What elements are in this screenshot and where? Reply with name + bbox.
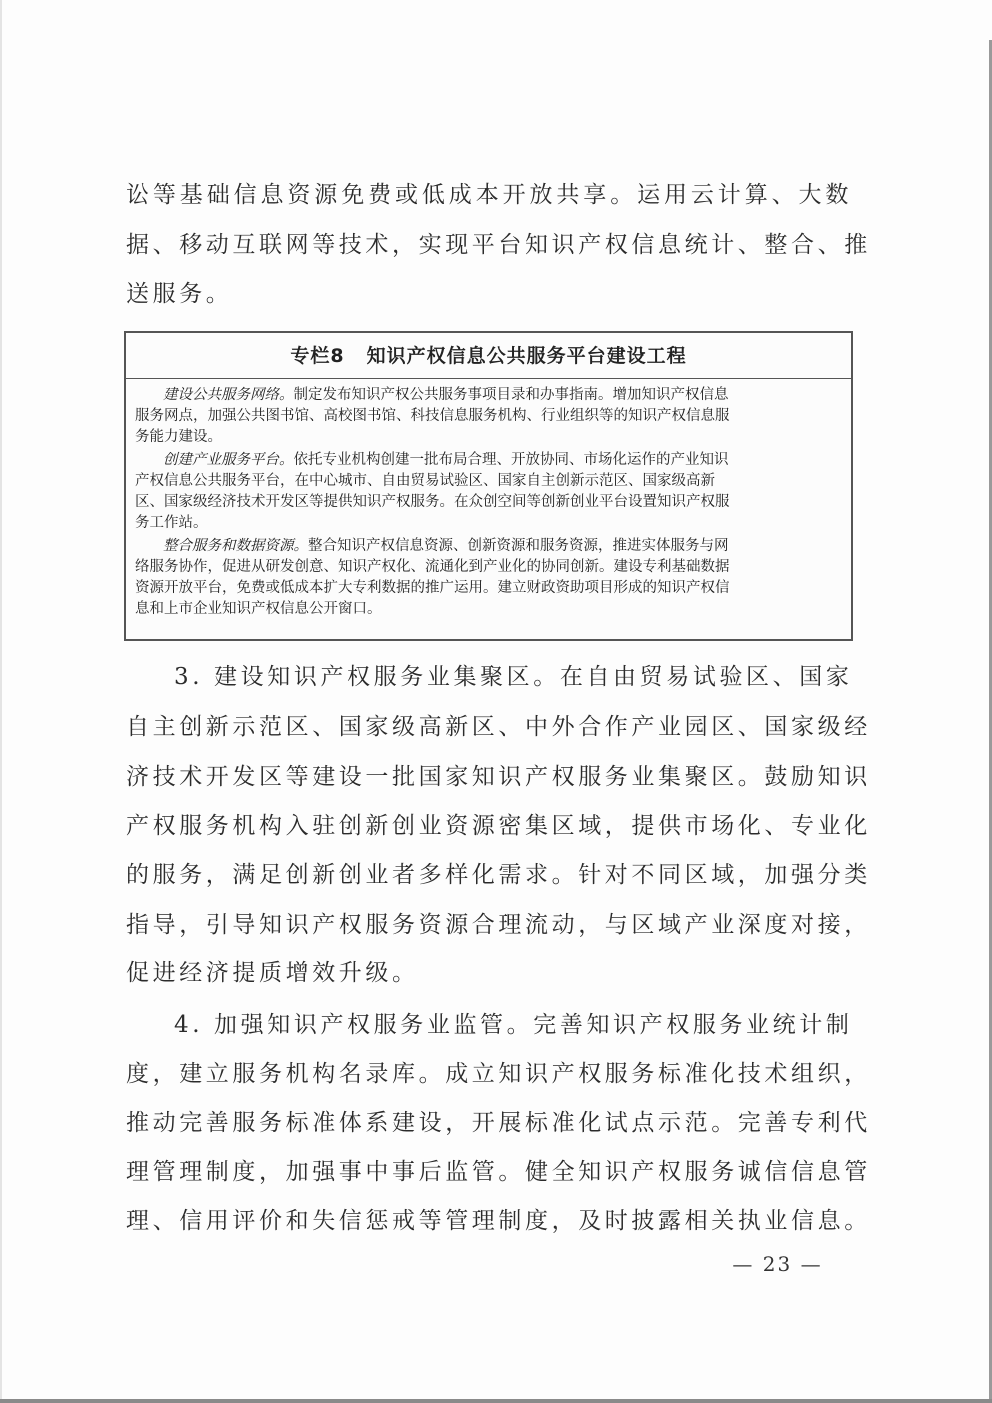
box-line: 服务网点，加强公共图书馆、高校图书馆、科技信息服务机构、行业组织等的知识产权信息… bbox=[135, 406, 845, 426]
column-box: 专栏8知识产权信息公共服务平台建设工程 建设公共服务网络。制定发布知识产权公共服… bbox=[124, 331, 853, 641]
box-line: 建设公共服务网络。制定发布知识产权公共服务事项目录和办事指南。增加知识产权信息 bbox=[135, 385, 845, 405]
text-line: 产权服务机构入驻创新创业资源密集区域，提供市场化、专业化 bbox=[126, 811, 852, 841]
item-lead: 整合服务和数据资源。 bbox=[163, 538, 308, 554]
text-line: 理管理制度，加强事中事后监管。健全知识产权服务诚信信息管 bbox=[126, 1157, 852, 1187]
box-line: 络服务协作，促进从研发创意、知识产权化、流通化到产业化的协同创新。建设专利基础数… bbox=[135, 557, 845, 577]
box-line: 务能力建设。 bbox=[135, 427, 845, 447]
item-lead: 建设公共服务网络。 bbox=[163, 387, 294, 403]
column-box-heading: 知识产权信息公共服务平台建设工程 bbox=[367, 345, 687, 367]
box-line: 区、国家级经济技术开发区等提供知识产权服务。在众创空间等创新创业平台设置知识产权… bbox=[135, 492, 845, 512]
text-line: 济技术开发区等建设一批国家知识产权服务业集聚区。鼓励知识 bbox=[126, 762, 852, 792]
text-line: 送服务。 bbox=[126, 279, 852, 309]
section-heading-line: 3. 建设知识产权服务业集聚区。在自由贸易试验区、国家 bbox=[174, 662, 852, 692]
text-line: 据、移动互联网等技术，实现平台知识产权信息统计、整合、推 bbox=[126, 230, 852, 260]
item-lead: 创建产业服务平台。 bbox=[163, 452, 294, 468]
box-line: 息和上市企业知识产权信息公开窗口。 bbox=[135, 599, 845, 619]
column-box-title: 专栏8知识产权信息公共服务平台建设工程 bbox=[126, 333, 851, 379]
text-line: 度，建立服务机构名录库。成立知识产权服务标准化技术组织， bbox=[126, 1059, 852, 1089]
text-line: 讼等基础信息资源免费或低成本开放共享。运用云计算、大数 bbox=[126, 180, 852, 210]
box-line: 创建产业服务平台。依托专业机构创建一批布局合理、开放协同、市场化运作的产业知识 bbox=[135, 450, 845, 470]
box-line: 资源开放平台，免费或低成本扩大专利数据的推广运用。建立财政资助项目形成的知识产权… bbox=[135, 578, 845, 598]
text-line: 理、信用评价和失信惩戒等管理制度，及时披露相关执业信息。 bbox=[126, 1206, 852, 1236]
box-line: 务工作站。 bbox=[135, 513, 845, 533]
text-line: 指导，引导知识产权服务资源合理流动，与区域产业深度对接， bbox=[126, 910, 852, 940]
text-line: 推动完善服务标准体系建设，开展标准化试点示范。完善专利代 bbox=[126, 1108, 852, 1138]
page-number: — 23 — bbox=[725, 1252, 830, 1276]
text-line: 的服务，满足创新创业者多样化需求。针对不同区域，加强分类 bbox=[126, 860, 852, 890]
box-line: 产权信息公共服务平台，在中心城市、自由贸易试验区、国家自主创新示范区、国家级高新 bbox=[135, 471, 845, 491]
page-edge-bottom bbox=[0, 1399, 992, 1403]
text-line: 促进经济提质增效升级。 bbox=[126, 958, 852, 988]
column-box-label: 专栏8 bbox=[290, 345, 344, 367]
section-heading-line: 4. 加强知识产权服务业监管。完善知识产权服务业统计制 bbox=[174, 1010, 852, 1040]
box-line: 整合服务和数据资源。整合知识产权信息资源、创新资源和服务资源，推进实体服务与网 bbox=[135, 536, 845, 556]
page-edge-left bbox=[0, 0, 2, 1400]
text-line: 自主创新示范区、国家级高新区、中外合作产业园区、国家级经 bbox=[126, 712, 852, 742]
